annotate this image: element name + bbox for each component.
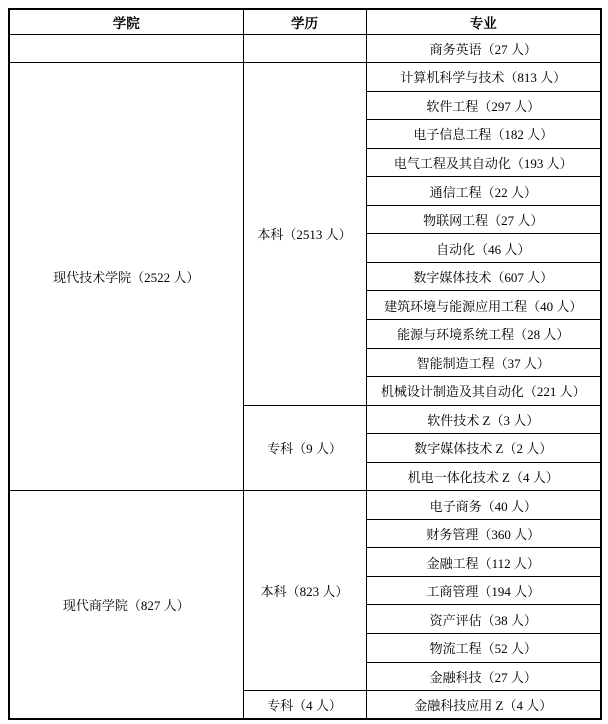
header-row: 学院 学历 专业 — [9, 9, 601, 34]
major-cell: 机械设计制造及其自动化（221 人） — [366, 377, 601, 406]
table-row: 现代技术学院（2522 人） 本科（2513 人） 计算机科学与技术（813 人… — [9, 63, 601, 92]
major-cell: 能源与环境系统工程（28 人） — [366, 319, 601, 348]
table-row: 商务英语（27 人） — [9, 34, 601, 63]
major-cell: 商务英语（27 人） — [366, 34, 601, 63]
major-cell: 金融工程（112 人） — [366, 548, 601, 577]
table-row: 现代商学院（827 人） 本科（823 人） 电子商务（40 人） — [9, 491, 601, 520]
major-cell: 工商管理（194 人） — [366, 576, 601, 605]
enrollment-table: 学院 学历 专业 商务英语（27 人） 现代技术学院（2522 人） 本科（25… — [8, 8, 602, 720]
major-cell: 数字媒体技术（607 人） — [366, 262, 601, 291]
major-cell: 通信工程（22 人） — [366, 177, 601, 206]
major-cell: 物联网工程（27 人） — [366, 205, 601, 234]
level-cell: 专科（4 人） — [243, 691, 366, 720]
major-cell: 电子信息工程（182 人） — [366, 120, 601, 149]
major-cell: 计算机科学与技术（813 人） — [366, 63, 601, 92]
level-cell: 本科（823 人） — [243, 491, 366, 691]
major-cell: 智能制造工程（37 人） — [366, 348, 601, 377]
level-cell — [243, 34, 366, 63]
major-cell: 物流工程（52 人） — [366, 633, 601, 662]
major-cell: 机电一体化技术 Z（4 人） — [366, 462, 601, 491]
major-cell: 软件工程（297 人） — [366, 91, 601, 120]
major-cell: 财务管理（360 人） — [366, 519, 601, 548]
college-cell: 现代商学院（827 人） — [9, 491, 243, 719]
major-cell: 自动化（46 人） — [366, 234, 601, 263]
major-cell: 金融科技应用 Z（4 人） — [366, 691, 601, 720]
major-cell: 资产评估（38 人） — [366, 605, 601, 634]
college-cell: 现代技术学院（2522 人） — [9, 63, 243, 491]
major-cell: 数字媒体技术 Z（2 人） — [366, 434, 601, 463]
major-cell: 电子商务（40 人） — [366, 491, 601, 520]
document-page: 学院 学历 专业 商务英语（27 人） 现代技术学院（2522 人） 本科（25… — [0, 0, 608, 724]
major-cell: 金融科技（27 人） — [366, 662, 601, 691]
major-cell: 软件技术 Z（3 人） — [366, 405, 601, 434]
level-cell: 本科（2513 人） — [243, 63, 366, 406]
major-cell: 电气工程及其自动化（193 人） — [366, 148, 601, 177]
major-cell: 建筑环境与能源应用工程（40 人） — [366, 291, 601, 320]
header-major: 专业 — [366, 9, 601, 34]
college-cell — [9, 34, 243, 63]
header-college: 学院 — [9, 9, 243, 34]
header-level: 学历 — [243, 9, 366, 34]
level-cell: 专科（9 人） — [243, 405, 366, 491]
